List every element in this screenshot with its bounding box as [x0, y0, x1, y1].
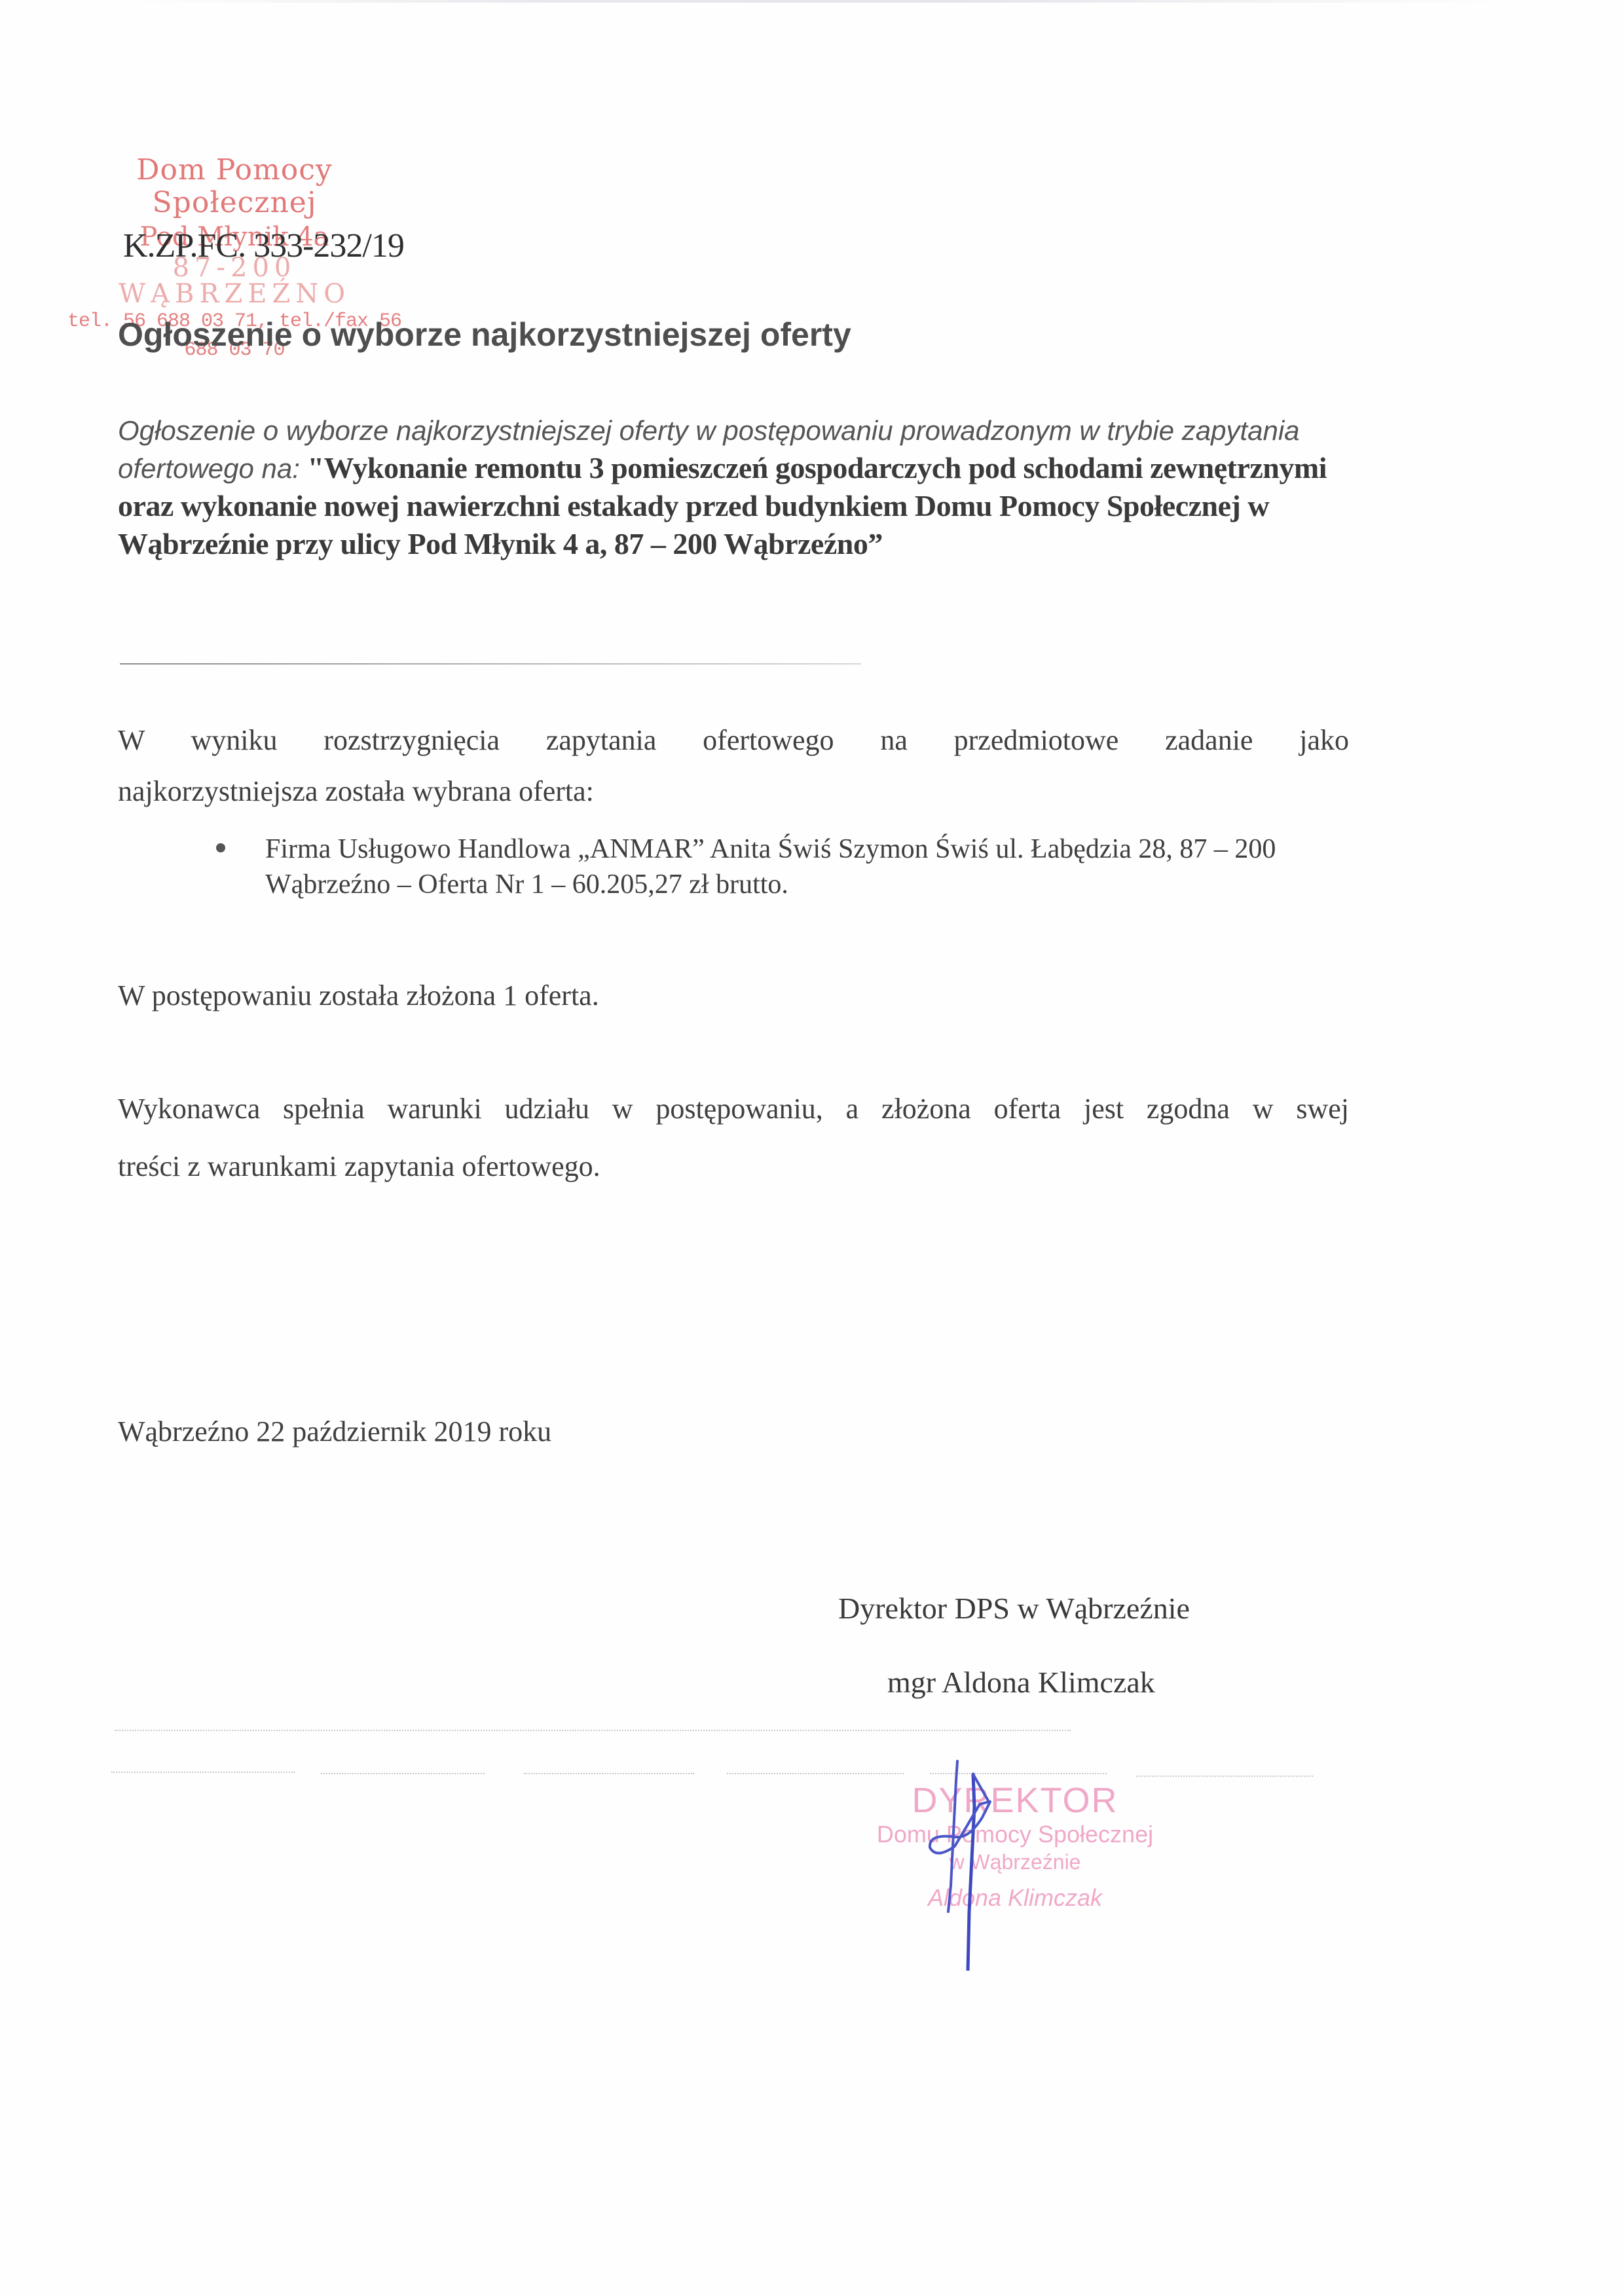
selected-offer-item: Firma Usługowo Handlowa „ANMAR” Anita Św… — [265, 831, 1346, 902]
dotted-line — [524, 1773, 694, 1774]
stamp-organization: Dom Pomocy Społecznej — [51, 154, 418, 219]
scan-edge-artifact — [131, 0, 1506, 3]
signatory-name: mgr Aldona Klimczak — [887, 1665, 1155, 1700]
divider-line — [120, 663, 861, 665]
handwritten-signature-icon — [917, 1755, 1035, 1971]
place-date: Wąbrzeźno 22 październik 2019 roku — [118, 1406, 551, 1457]
intro-paragraph: Ogłoszenie o wyborze najkorzystniejszej … — [118, 412, 1362, 564]
document-title: Ogłoszenie o wyborze najkorzystniejszej … — [118, 316, 851, 354]
signatory-title: Dyrektor DPS w Wąbrzeźnie — [838, 1591, 1190, 1626]
document-page: Dom Pomocy Społecznej Pod Młynik 4a 87-2… — [0, 0, 1624, 2296]
dotted-line — [321, 1773, 485, 1774]
dotted-line — [1136, 1776, 1313, 1777]
offers-count-text: W postępowaniu została złożona 1 oferta. — [118, 970, 599, 1021]
reference-number: K.ZP.FC. 333-232/19 — [123, 227, 404, 265]
dotted-line — [115, 1730, 1071, 1731]
dotted-line — [727, 1773, 904, 1774]
compliance-line2: treści z warunkami zapytania ofertowego. — [118, 1141, 600, 1192]
dotted-line — [111, 1772, 295, 1773]
result-paragraph-line2: najkorzystniejsza została wybrana oferta… — [118, 766, 594, 817]
compliance-line1: Wykonawca spełnia warunki udziału w post… — [118, 1084, 1349, 1135]
bullet-icon — [216, 843, 225, 852]
result-paragraph-line1: W wyniku rozstrzygnięcia zapytania ofert… — [118, 715, 1349, 766]
